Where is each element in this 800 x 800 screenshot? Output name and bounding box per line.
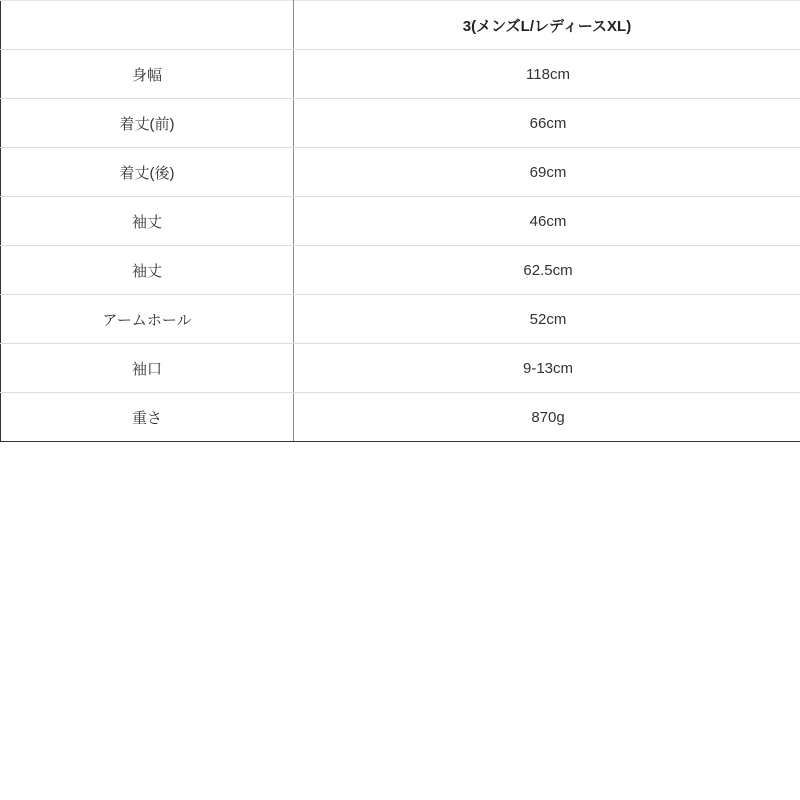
measurement-value-length-back: 69cm — [294, 148, 800, 197]
measurement-value-body-width: 118cm — [294, 50, 800, 99]
measurement-label-sleeve-length-1: 袖丈 — [1, 197, 294, 246]
measurement-value-armhole: 52cm — [294, 295, 800, 344]
table-row: 袖丈 62.5cm — [1, 246, 800, 295]
measurement-value-cuff: 9-13cm — [294, 344, 800, 393]
corner-cell — [1, 1, 294, 50]
table-row: 袖丈 46cm — [1, 197, 800, 246]
measurement-label-body-width: 身幅 — [1, 50, 294, 99]
table-row: 着丈(前) 66cm — [1, 99, 800, 148]
table-row: 着丈(後) 69cm — [1, 148, 800, 197]
measurement-label-length-back: 着丈(後) — [1, 148, 294, 197]
table-row: アームホール 52cm — [1, 295, 800, 344]
table-row: 重さ 870g — [1, 393, 800, 442]
measurement-value-weight: 870g — [294, 393, 800, 442]
table-row: 袖口 9-13cm — [1, 344, 800, 393]
measurement-value-length-front: 66cm — [294, 99, 800, 148]
measurement-label-length-front: 着丈(前) — [1, 99, 294, 148]
measurement-label-armhole: アームホール — [1, 295, 294, 344]
size-header: 3(メンズL/レディースXL) — [294, 1, 800, 50]
measurement-label-weight: 重さ — [1, 393, 294, 442]
measurement-value-sleeve-length-1: 46cm — [294, 197, 800, 246]
size-chart-table: 3(メンズL/レディースXL) 身幅 118cm 着丈(前) 66cm 着丈(後… — [0, 0, 800, 442]
header-row: 3(メンズL/レディースXL) — [1, 1, 800, 50]
measurement-value-sleeve-length-2: 62.5cm — [294, 246, 800, 295]
table-row: 身幅 118cm — [1, 50, 800, 99]
measurement-label-cuff: 袖口 — [1, 344, 294, 393]
measurement-label-sleeve-length-2: 袖丈 — [1, 246, 294, 295]
